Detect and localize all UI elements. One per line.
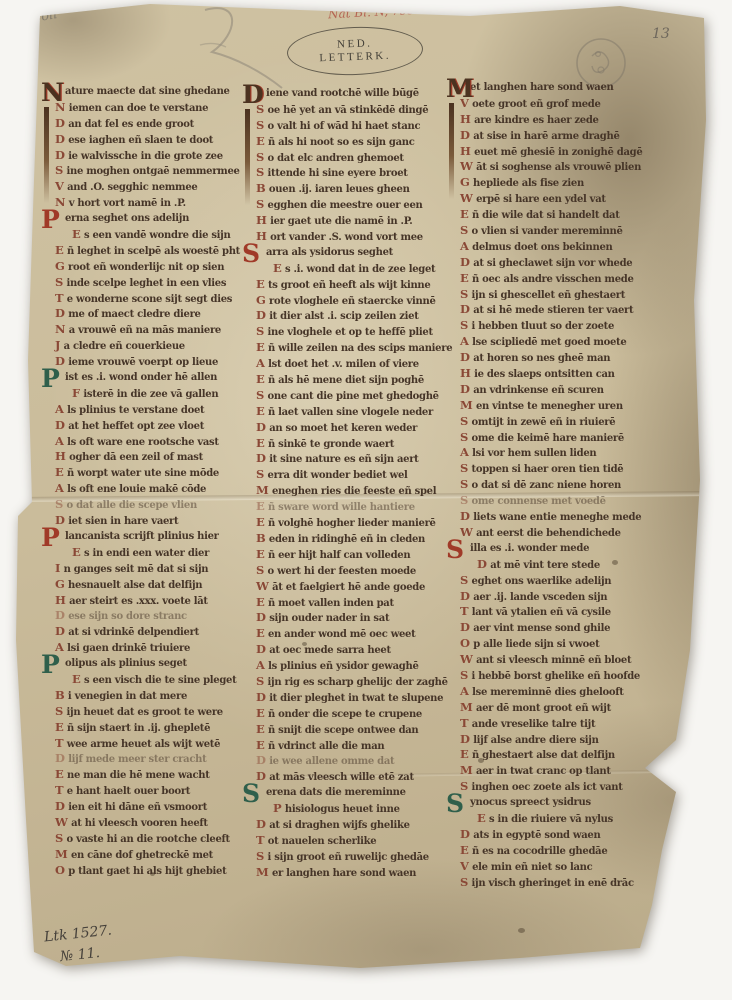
versal-letter: M <box>55 847 67 861</box>
versal-letter: D <box>256 753 266 767</box>
manuscript-line: Dat si draghen wijfs ghelike <box>243 817 439 833</box>
versal-letter: D <box>256 642 266 656</box>
versal-letter: S <box>460 668 468 682</box>
versal-letter: D <box>55 116 65 130</box>
manuscript-line-text: ier gaet ute die namē in .P. <box>270 216 412 227</box>
versal-letter: E <box>256 372 264 386</box>
manuscript-line: Perna seghet ons adelijn <box>42 211 238 227</box>
manuscript-line-text: at si draghen wijfs ghelike <box>269 820 409 831</box>
versal-letter: E <box>256 499 264 513</box>
versal-letter: B <box>256 181 265 195</box>
versal-letter: S <box>256 467 264 481</box>
manuscript-line: Somtijt in zewē eñ in riuierē <box>447 414 643 430</box>
shelfmark-line-1: Ltk 1527. <box>43 922 112 945</box>
versal-letter: D <box>55 624 65 638</box>
manuscript-line-text: ñ sinkē te gronde waert <box>268 439 394 450</box>
manuscript-line: Dit dier alst .i. scip zeilen ziet <box>243 308 439 324</box>
manuscript-line-text: s in die riuiere vā nylus <box>489 814 613 825</box>
manuscript-line: Op alle liede sijn si vwoet <box>447 636 643 652</box>
versal-letter: D <box>460 732 470 746</box>
versal-letter: D <box>460 128 470 142</box>
versal-letter: H <box>256 213 267 227</box>
manuscript-line-text: delmus doet ons bekinnen <box>472 242 612 253</box>
versal-letter: D <box>55 306 65 320</box>
versal-letter: D <box>256 690 266 704</box>
manuscript-line: Es .i. wond dat in de zee leget <box>243 261 439 277</box>
manuscript-line-text: at si gheclawet sijn vor whede <box>473 258 632 269</box>
versal-letter: S <box>55 497 63 511</box>
manuscript-line-text: ñ eer hijt half can volleden <box>268 550 410 561</box>
versal-letter: G <box>55 259 65 273</box>
versal-letter: S <box>460 430 468 444</box>
manuscript-line-text: e wonderne scone sijt segt dies <box>67 294 232 305</box>
manuscript-line: Hier gaet ute die namē in .P. <box>243 213 439 229</box>
manuscript-line-text: arra als ysidorus seghet <box>266 247 393 258</box>
manuscript-line: Eñ als hi noot so es sijn ganc <box>243 134 439 150</box>
versal-letter: J <box>55 338 60 352</box>
manuscript-line: Eñ sware word wille hantiere <box>243 499 439 515</box>
manuscript-line: Dit sine nature es eñ sijn aert <box>243 451 439 467</box>
manuscript-line: Ene man die hē mene wacht <box>42 767 238 783</box>
versal-letter: S <box>256 563 264 577</box>
versal-letter: W <box>460 191 473 205</box>
manuscript-photo: { "photo": { "backdrop_color": "#f6f5f2"… <box>0 0 732 1000</box>
manuscript-line-text: ijn visch gheringet in enē drāc <box>472 878 634 889</box>
versal-letter: A <box>460 684 469 698</box>
manuscript-line-text: iet sien in hare vaert <box>68 516 178 527</box>
versal-letter: A <box>55 434 64 448</box>
manuscript-line-text: ñ volghē hogher lieder manierē <box>268 518 436 529</box>
versal-letter: D <box>55 132 65 146</box>
manuscript-line-text: ie walvissche in die grote zee <box>68 151 223 162</box>
stamp-line-2: LETTERK. <box>319 50 391 65</box>
versal-letter: E <box>55 767 63 781</box>
manuscript-line: Nature maecte dat sine ghedane <box>42 84 238 100</box>
pencil-inscription: J Coli <box>21 7 59 28</box>
manuscript-line: Dat si vdrinkē delpendiert <box>42 624 238 640</box>
manuscript-line-text: ñ als hē mene diet sijn poghē <box>268 375 424 386</box>
versal-letter: V <box>460 859 469 873</box>
manuscript-line: Eñ als hē mene diet sijn poghē <box>243 372 439 388</box>
manuscript-line-text: ogher dā een zeil of mast <box>69 452 203 463</box>
manuscript-line-text: ine vloghele et op te heffē pliet <box>268 327 433 338</box>
versal-letter: S <box>256 165 264 179</box>
manuscript-line-text: one cant die pine met ghedoghē <box>268 391 439 402</box>
manuscript-line-text: ot nauelen scherlike <box>268 836 377 847</box>
manuscript-line: Daer vint mense sond ghile <box>447 620 643 636</box>
manuscript-line: Bouen .ij. iaren leues gheen <box>243 181 439 197</box>
folio-number: 13 <box>652 26 670 42</box>
manuscript-line-text: hepliede als fise zien <box>473 178 584 189</box>
manuscript-line-text: a vrouwē eñ na mās maniere <box>69 325 221 336</box>
manuscript-line-text: lijf alse andre diere sijn <box>473 735 598 746</box>
text-column-3: Met langhen hare sond waenVoete groot eñ… <box>447 80 643 890</box>
manuscript-line-text: ñ onder die scepe te crupene <box>268 709 422 720</box>
versal-letter: E <box>256 404 264 418</box>
manuscript-line: Eñ sijn staert in .ij. ghepletē <box>42 720 238 736</box>
manuscript-line-text: euet mē ghesiē in zonighē dagē <box>474 147 642 158</box>
manuscript-line: So dat alle die scepe vlien <box>42 497 238 513</box>
manuscript-line-text: s in endi een water dier <box>84 548 209 559</box>
manuscript-line-text: ñ sware word wille hantiere <box>268 502 415 513</box>
manuscript-line: Stoppen si haer oren tien tidē <box>447 461 643 477</box>
manuscript-line: Eñ wille zeilen na des scips maniere <box>243 340 439 356</box>
manuscript-line: So vaste hi an die rootche cleeft <box>42 831 238 847</box>
manuscript-line-text: ñ moet vallen inden pat <box>268 598 394 609</box>
versal-letter: E <box>460 843 468 857</box>
manuscript-line: Sijn heuet dat es groot te were <box>42 704 238 720</box>
manuscript-line: Soe hē yet an vā stinkēdē dingē <box>243 102 439 118</box>
manuscript-line-text: are kindre es haer zede <box>474 115 599 126</box>
manuscript-line-text: s een visch die te sine pleget <box>84 675 236 686</box>
manuscript-line: Some die keimē hare manierē <box>447 430 643 446</box>
manuscript-line: Sarra als ysidorus seghet <box>243 245 439 261</box>
manuscript-line: Synocus spreect ysidrus <box>447 795 643 811</box>
manuscript-line-text: ls plinius te verstane doet <box>67 405 204 416</box>
manuscript-line: Niemen can doe te verstane <box>42 100 238 116</box>
manuscript-line-text: it sine nature es eñ sijn aert <box>269 454 418 465</box>
manuscript-line: Dlijf alse andre diere sijn <box>447 732 643 748</box>
manuscript-line-text: ñ oec als andre visschen mede <box>472 274 634 285</box>
manuscript-line: Eñ es na cocodrille ghedāe <box>447 843 643 859</box>
manuscript-line-text: ts groot eñ heeft als wijt kinne <box>268 280 431 291</box>
manuscript-line-text: ijn rig es scharp ghelijc der zaghē <box>268 677 448 688</box>
manuscript-line: Wāt et faelgiert hē ande goede <box>243 579 439 595</box>
manuscript-line-text: erena dats die mereminne <box>266 787 406 798</box>
manuscript-line-text: i sijn groot eñ ruwelijc ghedāe <box>268 852 429 863</box>
manuscript-line: Eñ worpt water ute sine mōde <box>42 465 238 481</box>
manuscript-line: Ghepliede als fise zien <box>447 175 643 191</box>
manuscript-line: Na vrouwē eñ na mās maniere <box>42 322 238 338</box>
versal-letter: E <box>273 261 281 275</box>
versal-letter: B <box>256 531 265 545</box>
versal-letter: T <box>460 716 468 730</box>
manuscript-line-text: toppen si haer oren tien tidē <box>472 464 624 475</box>
manuscript-line: Ets groot eñ heeft als wijt kinne <box>243 277 439 293</box>
manuscript-line-text: at mās vleesch wille etē zat <box>269 772 414 783</box>
manuscript-line: Sinde scelpe leghet in een vlies <box>42 275 238 291</box>
manuscript-line: Es in die riuiere vā nylus <box>447 811 643 827</box>
manuscript-line: Op tlant gaet hi als hijt ghebiet <box>42 863 238 879</box>
manuscript-line: Eñ eer hijt half can volleden <box>243 547 439 563</box>
manuscript-line-text: ñ vdrinct alle die man <box>268 741 384 752</box>
manuscript-line: Dat mās vleesch wille etē zat <box>243 769 439 785</box>
versal-letter: E <box>72 545 80 559</box>
versal-letter: V <box>460 96 469 110</box>
versal-letter: M <box>256 483 268 497</box>
versal-letter: D <box>256 817 266 831</box>
manuscript-line-text: s een vandē wondre die sijn <box>84 230 231 241</box>
versal-letter: V <box>55 179 64 193</box>
manuscript-line-text: and .O. segghic nemmee <box>67 182 197 193</box>
manuscript-line: In ganges seit mē dat si sijn <box>42 561 238 577</box>
versal-letter: D <box>256 451 266 465</box>
versal-letter: T <box>55 783 63 797</box>
manuscript-line-text: āt si soghense als vrouwē plien <box>476 162 641 173</box>
versal-letter: S <box>55 275 63 289</box>
manuscript-line-text: lst doet het .v. milen of viere <box>268 359 419 370</box>
manuscript-line-text: it dier pleghet in twat te slupene <box>269 693 443 704</box>
manuscript-line-text: at horen so nes gheē man <box>473 353 610 364</box>
versal-letter: E <box>256 340 264 354</box>
manuscript-line-text: p tlant gaet hi als hijt ghebiet <box>68 866 226 877</box>
manuscript-line-text: at si hē mede stieren ter vaert <box>473 305 633 316</box>
manuscript-line-text: an dat fel es ende groot <box>68 119 194 130</box>
manuscript-line: Haer steirt es .xxx. voete lāt <box>42 593 238 609</box>
versal-letter: D <box>55 799 65 813</box>
manuscript-line: Dlijf mede meer ster cracht <box>42 751 238 767</box>
versal-letter: S <box>55 704 63 718</box>
versal-letter: A <box>460 334 469 348</box>
versal-letter: A <box>460 239 469 253</box>
manuscript-line-text: o dat elc andren ghemoet <box>268 153 404 164</box>
manuscript-line-text: ñ sijn staert in .ij. ghepletē <box>67 723 210 734</box>
versal-letter: E <box>256 722 264 736</box>
versal-letter: E <box>460 271 468 285</box>
versal-letter: T <box>55 736 63 750</box>
manuscript-line-text: ñ die wile dat si handelt dat <box>472 210 620 221</box>
manuscript-line: Eñ laet vallen sine vlogele neder <box>243 404 439 420</box>
manuscript-line: Twee arme heuet als wijt wetē <box>42 736 238 752</box>
manuscript-line: Vele min eñ niet so lanc <box>447 859 643 875</box>
manuscript-line-text: at si vdrinkē delpendiert <box>68 627 199 638</box>
versal-letter: N <box>55 100 65 114</box>
manuscript-line-text: ls oft ware ene rootsche vast <box>67 437 219 448</box>
versal-letter: A <box>256 356 265 370</box>
manuscript-line: Hogher dā een zeil of mast <box>42 449 238 465</box>
versal-letter: S <box>460 461 468 475</box>
versal-letter: D <box>55 418 65 432</box>
manuscript-line-text: iemen can doe te verstane <box>69 103 208 114</box>
manuscript-line: Tot nauelen scherlike <box>243 833 439 849</box>
versal-letter: S <box>460 875 468 889</box>
manuscript-line-text: erpē si hare een ydel vat <box>476 194 606 205</box>
manuscript-line: Ghesnauelt alse dat delfijn <box>42 577 238 593</box>
manuscript-line-text: erra dit wonder bediet wel <box>268 470 408 481</box>
manuscript-line-text: isterē in die zee vā gallen <box>83 389 218 400</box>
manuscript-line-text: lse mereminnē dies ghelooft <box>472 687 623 698</box>
manuscript-line-text: ñ leghet in scelpē als woestē pht <box>67 246 240 257</box>
manuscript-line-text: at mē vint tere stede <box>490 560 600 571</box>
manuscript-line-text: inde scelpe leghet in een vlies <box>67 278 227 289</box>
manuscript-line-text: ñ als hi noot so es sijn ganc <box>268 137 415 148</box>
manuscript-line: Alst doet het .v. milen of viere <box>243 356 439 372</box>
manuscript-line: Si hebbē borst ghelike eñ hoofde <box>447 668 643 684</box>
manuscript-line-text: v hort vort namē in .P. <box>69 198 186 209</box>
versal-letter: E <box>55 465 63 479</box>
manuscript-line: Wat hi vleesch vooren heeft <box>42 815 238 831</box>
manuscript-line: Eñ moet vallen inden pat <box>243 595 439 611</box>
manuscript-line-text: lant vā ytalien eñ vā cysile <box>472 607 611 618</box>
versal-letter: W <box>256 579 269 593</box>
manuscript-line-text: eneghen ries die feeste eñ spel <box>272 486 436 497</box>
manuscript-line: Eñ volghē hogher lieder manierē <box>243 515 439 531</box>
versal-letter: E <box>256 515 264 529</box>
versal-letter: D <box>460 302 470 316</box>
manuscript-line: Sine vloghele et op te heffē pliet <box>243 324 439 340</box>
manuscript-line: Eñ sinkē te gronde waert <box>243 436 439 452</box>
manuscript-line-text: o valt hi of wād hi haet stanc <box>268 121 421 132</box>
manuscript-line-text: erna seghet ons adelijn <box>65 213 189 224</box>
manuscript-line-text: iene vand rootchē wille būgē <box>266 88 419 99</box>
versal-letter: D <box>256 610 266 624</box>
manuscript-line-text: āt et faelgiert hē ande goede <box>272 582 425 593</box>
manuscript-line: Eñ onder die scepe te crupene <box>243 706 439 722</box>
manuscript-line: Als oft ene louie makē cōde <box>42 481 238 497</box>
versal-letter: S <box>256 849 264 863</box>
manuscript-line: Dat si hē mede stieren ter vaert <box>447 302 643 318</box>
versal-letter: W <box>460 652 473 666</box>
manuscript-line: So dat si dē zanc niene horen <box>447 477 643 493</box>
manuscript-line: Dan so moet het keren weder <box>243 420 439 436</box>
manuscript-line: Hie des slaeps ontsitten can <box>447 366 643 382</box>
manuscript-line-text: sijn ouder nader in sat <box>269 613 389 624</box>
versal-letter: G <box>55 577 65 591</box>
manuscript-line: Men vintse te menegher uren <box>447 398 643 414</box>
manuscript-line-text: p alle liede sijn si vwoet <box>473 639 599 650</box>
versal-letter: S <box>460 573 468 587</box>
versal-letter: D <box>256 420 266 434</box>
manuscript-line: So dat elc andren ghemoet <box>243 150 439 166</box>
manuscript-line-text: i hebben tluut so der zoete <box>472 321 615 332</box>
versal-letter: E <box>256 738 264 752</box>
manuscript-line: Diet sien in hare vaert <box>42 513 238 529</box>
manuscript-line-text: ome connense met voedē <box>472 496 606 507</box>
manuscript-line-text: lse scipliedē met goed moete <box>472 337 626 348</box>
manuscript-line: Maer dē mont groot eñ wijt <box>447 700 643 716</box>
versal-letter: M <box>460 763 472 777</box>
versal-letter: D <box>460 255 470 269</box>
manuscript-line-text: it dier alst .i. scip zeilen ziet <box>269 311 418 322</box>
manuscript-line: Mer langhen hare sond waen <box>243 865 439 881</box>
manuscript-line: Sone cant die pine met ghedoghē <box>243 388 439 404</box>
manuscript-line: Tlant vā ytalien eñ vā cysile <box>447 604 643 620</box>
versal-letter: E <box>256 277 264 291</box>
manuscript-line-text: ñ es na cocodrille ghedāe <box>472 846 607 857</box>
versal-letter: D <box>55 751 65 765</box>
versal-letter: N <box>55 322 65 336</box>
manuscript-line-text: ele min eñ niet so lanc <box>472 862 592 873</box>
pencil-squiggle <box>180 0 300 95</box>
manuscript-line-text: e hant haelt ouer boort <box>67 786 190 797</box>
versal-letter: D <box>477 557 487 571</box>
manuscript-line: Plancanista scrijft plinius hier <box>42 529 238 545</box>
manuscript-line: Hort vander .S. wond vort mee <box>243 229 439 245</box>
library-stamp: NED. LETTERK. <box>286 25 424 78</box>
manuscript-line: Dat mē vint tere stede <box>447 557 643 573</box>
manuscript-line-text: an so moet het keren weder <box>269 423 417 434</box>
manuscript-line: Dat het heffet opt zee vloet <box>42 418 238 434</box>
versal-letter: H <box>460 144 471 158</box>
manuscript-line-text: o dat si dē zanc niene horen <box>472 480 621 491</box>
manuscript-line-text: aer in twat cranc op tlant <box>476 766 611 777</box>
versal-letter: E <box>256 595 264 609</box>
manuscript-line-text: ñ snijt die scepe ontwee dan <box>268 725 418 736</box>
versal-letter: E <box>256 706 264 720</box>
shelfmark-line-2: № 11. <box>59 945 100 965</box>
versal-letter: S <box>460 493 468 507</box>
manuscript-line: Pist es .i. wond onder hē allen <box>42 370 238 386</box>
manuscript-line: Eñ die wile dat si handelt dat <box>447 207 643 223</box>
manuscript-line: Die walvissche in die grote zee <box>42 148 238 164</box>
manuscript-line: Serra dit wonder bediet wel <box>243 467 439 483</box>
manuscript-line: Silla es .i. wonder mede <box>447 541 643 557</box>
manuscript-line-text: oe hē yet an vā stinkēdē dingē <box>268 105 429 116</box>
ink-shelfmark-annotation: Nat Bl. N, 753 - 1070 <box>328 1 458 22</box>
manuscript-line: Als oft ware ene rootsche vast <box>42 434 238 450</box>
versal-letter: S <box>460 414 468 428</box>
manuscript-line: Sine moghen ontgaē nemmermee <box>42 163 238 179</box>
versal-letter: P <box>273 801 281 815</box>
versal-letter: D <box>460 509 470 523</box>
manuscript-line: Seghet ons waerlike adelijn <box>447 573 643 589</box>
manuscript-line-text: ne man die hē mene wacht <box>67 770 210 781</box>
manuscript-line-text: ant si vleesch minnē eñ bloet <box>476 655 631 666</box>
manuscript-line: Dats in egyptē sond waen <box>447 827 643 843</box>
manuscript-line-text: en vintse te menegher uren <box>476 401 623 412</box>
manuscript-line: Tande vreselike talre tijt <box>447 716 643 732</box>
versal-letter: H <box>55 593 66 607</box>
manuscript-line-text: ynocus spreect ysidrus <box>470 797 591 808</box>
manuscript-line-text: en cāne dof ghetreckē met <box>71 850 213 861</box>
manuscript-line-text: en ander wond mē oec weet <box>268 629 415 640</box>
manuscript-line-text: ieme vrouwē voerpt op lieue <box>68 357 218 368</box>
manuscript-line: Dat horen so nes gheē man <box>447 350 643 366</box>
manuscript-line: Een ander wond mē oec weet <box>243 626 439 642</box>
manuscript-line: Eñ snijt die scepe ontwee dan <box>243 722 439 738</box>
manuscript-line-text: ist es .i. wond onder hē allen <box>65 372 217 383</box>
manuscript-line: Segghen die meestre ouer een <box>243 197 439 213</box>
manuscript-line-text: ls plinius eñ ysidor gewaghē <box>268 661 418 672</box>
manuscript-line-text: et langhen hare sond waen <box>470 82 614 93</box>
manuscript-line-text: s .i. wond dat in de zee leget <box>285 264 435 275</box>
versal-letter: E <box>460 207 468 221</box>
versal-letter: D <box>55 148 65 162</box>
versal-letter: S <box>460 223 468 237</box>
versal-letter: D <box>256 308 266 322</box>
versal-letter: E <box>55 720 63 734</box>
manuscript-line: Dat sise in harē arme draghē <box>447 128 643 144</box>
manuscript-line: Sijn rig es scharp ghelijc der zaghē <box>243 674 439 690</box>
manuscript-line: Eñ ghestaert alse dat delfijn <box>447 747 643 763</box>
versal-letter: D <box>460 350 470 364</box>
manuscript-line-text: i hebbē borst ghelike eñ hoofde <box>472 671 640 682</box>
manuscript-line-text: lsi vor hem sullen liden <box>472 448 596 459</box>
manuscript-line: Met langhen hare sond waen <box>447 80 643 96</box>
versal-letter: D <box>460 620 470 634</box>
versal-letter: E <box>477 811 485 825</box>
manuscript-line: So wert hi der feesten moede <box>243 563 439 579</box>
manuscript-line-text: ijn heuet dat es groot te were <box>67 707 223 718</box>
versal-letter: E <box>256 626 264 640</box>
manuscript-line: Voete groot eñ grof mede <box>447 96 643 112</box>
manuscript-line: Wāt si soghense als vrouwē plien <box>447 159 643 175</box>
text-column-2: Diene vand rootchē wille būgēSoe hē yet … <box>243 86 439 881</box>
manuscript-line: So valt hi of wād hi haet stanc <box>243 118 439 134</box>
versal-letter: E <box>72 227 80 241</box>
manuscript-line-text: aer vint mense sond ghile <box>473 623 610 634</box>
manuscript-line: Dme of maect cledre diere <box>42 306 238 322</box>
versal-letter: W <box>460 159 473 173</box>
manuscript-line-text: o wert hi der feesten moede <box>268 566 416 577</box>
manuscript-line: Dan vdrinkense eñ scuren <box>447 382 643 398</box>
manuscript-line-text: i venegien in dat mere <box>68 691 187 702</box>
manuscript-line-text: eden in ridinghē eñ in cleden <box>269 534 425 545</box>
manuscript-line-text: ls oft ene louie makē cōde <box>67 484 206 495</box>
versal-letter: A <box>460 445 469 459</box>
versal-letter: T <box>55 291 63 305</box>
manuscript-line-text: ese iaghen eñ slaen te doot <box>68 135 213 146</box>
